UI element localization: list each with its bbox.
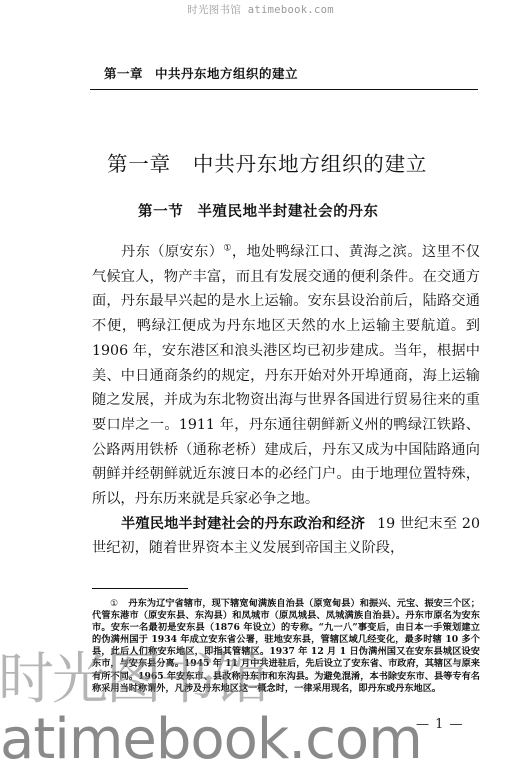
section-number: 第一节 [138, 204, 183, 220]
running-header: 第一章中共丹东地方组织的建立 [104, 64, 298, 82]
paragraph-1: 丹东（原安东）①，地处鸭绿江口、黄海之滨。这里不仅气候宜人，物产丰富，而且有发展… [92, 240, 480, 512]
body-text: 丹东（原安东）①，地处鸭绿江口、黄海之滨。这里不仅气候宜人，物产丰富，而且有发展… [92, 240, 480, 561]
footnote-reference[interactable]: ① [223, 243, 232, 253]
section-title: 第一节半殖民地半封建社会的丹东 [138, 200, 379, 221]
chapter-name: 中共丹东地方组织的建立 [193, 152, 427, 176]
paragraph-2: 半殖民地半封建社会的丹东政治和经济19 世纪末至 20 世纪初，随着世界资本主义… [92, 512, 480, 561]
section-name: 半殖民地半封建社会的丹东 [197, 204, 378, 220]
chapter-number: 第一章 [107, 152, 171, 176]
header-rule [90, 89, 478, 90]
bottom-watermark-cn: 时光图书馆 [0, 650, 268, 710]
running-header-title: 中共丹东地方组织的建立 [155, 66, 298, 81]
bottom-watermark-en: atimebook.com [0, 712, 422, 768]
paragraph-2-run-in-heading: 半殖民地半封建社会的丹东政治和经济 [121, 516, 365, 532]
footnote-marker: ① [110, 598, 118, 609]
page-number: — 1 — [416, 717, 464, 732]
paragraph-1-rest: ，地处鸭绿江口、黄海之滨。这里不仅气候宜人，物产丰富，而且有发展交通的便利条件。… [92, 244, 480, 507]
running-header-chapter: 第一章 [104, 66, 143, 81]
paragraph-1-start: 丹东（原安东） [121, 244, 223, 260]
top-watermark: 时光图书馆 atimebook.com [0, 2, 521, 17]
chapter-title: 第一章中共丹东地方组织的建立 [107, 147, 427, 177]
footnote-rule [92, 588, 188, 589]
